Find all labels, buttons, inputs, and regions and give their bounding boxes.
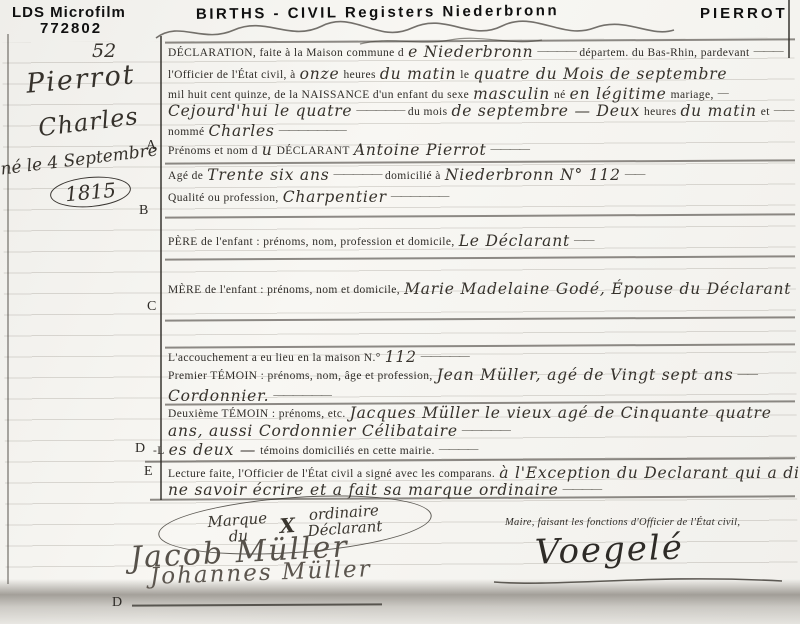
- ruled-dash: ———————: [279, 124, 346, 136]
- surname-annotation: PIERROT: [700, 5, 788, 22]
- next-section-label-d: D: [112, 595, 122, 611]
- printed-text: Qualité ou profession,: [168, 192, 279, 204]
- officer-signature: Voegelé: [534, 527, 684, 572]
- handwritten-entry: Charles: [209, 122, 275, 140]
- handwritten-entry: Cejourd'hui le quatre: [168, 102, 352, 120]
- section-label-d: D: [135, 441, 145, 457]
- handwritten-entry: Trente six ans: [207, 166, 329, 184]
- form-line-accouchement: L'accouchement a eu lieu en la maison N.…: [168, 349, 472, 365]
- officer-title-line: Maire, faisant les fonctions d'Officier …: [505, 517, 740, 528]
- handwritten-entry: onze: [300, 65, 340, 83]
- printed-text: domicilié à: [385, 170, 441, 182]
- handwritten-entry: es deux —: [169, 441, 257, 459]
- ruled-dash: ————: [491, 143, 529, 155]
- printed-text: témoins domiciliés en cette mairie.: [260, 445, 435, 457]
- printed-text: Agé de: [168, 170, 203, 182]
- printed-text: DÉCLARATION, faite à la Maison commune d: [168, 47, 404, 59]
- handwritten-entry: en légitime: [570, 85, 667, 103]
- ruled-dash: —————: [356, 104, 404, 116]
- section-label-b: B: [139, 203, 148, 219]
- ruled-dash: ——: [774, 104, 793, 116]
- printed-text: L'accouchement a eu lieu en la maison N.…: [168, 352, 381, 364]
- ruled-dash: ——————: [273, 389, 330, 401]
- form-line-mere: MÈRE de l'enfant : prénoms, nom et domic…: [168, 281, 795, 297]
- form-line-deuxieme-temoin-2: ans, aussi Cordonnier Célibataire—————: [168, 423, 513, 439]
- ruled-dash: ————: [563, 483, 601, 495]
- page-left-edge: [7, 34, 9, 584]
- printed-text: Premier TÉMOIN : prénoms, nom, âge et pr…: [168, 370, 433, 382]
- handwritten-entry: 112: [385, 348, 417, 366]
- handwritten-entry: masculin: [473, 85, 550, 103]
- handwritten-entry: Le Déclarant: [459, 232, 570, 250]
- handwritten-entry: Antoine Pierrot: [354, 141, 487, 159]
- section-label-c: C: [147, 299, 156, 315]
- handwritten-entry: de septembre — Deux: [451, 102, 640, 120]
- printed-text: heures: [644, 106, 676, 118]
- printed-text: le: [460, 69, 469, 81]
- form-line-age-domicile: Agé deTrente six ans—————domicilié àNied…: [168, 167, 648, 183]
- document-scan: LDS Microfilm 772802 BIRTHS - CIVIL Regi…: [0, 0, 800, 624]
- handwritten-entry: Charpentier: [283, 188, 387, 206]
- form-line-premier-temoin-2: Cordonnier.——————: [168, 388, 334, 404]
- form-line-declaration: DÉCLARATION, faite à la Maison commune d…: [168, 44, 786, 60]
- ruled-dash: ————: [439, 443, 477, 455]
- ruled-dash: —————: [421, 350, 469, 362]
- printed-text: PÈRE de l'enfant : prénoms, nom, profess…: [168, 236, 455, 248]
- ruled-dash: ——: [738, 368, 757, 380]
- printed-text: Prénoms et nom d: [168, 145, 258, 157]
- form-line-deuxieme-temoin: Deuxième TÉMOIN : prénoms, etc.Jacques M…: [168, 405, 776, 421]
- printed-text: mil huit cent quinze, de la NAISSANCE d'…: [168, 89, 469, 101]
- printed-text: DÉCLARANT: [277, 145, 350, 157]
- margin-record-number: 52: [92, 40, 116, 62]
- handwritten-entry: à l'Exception du Declarant qui a dit: [499, 464, 800, 482]
- section-label-e: E: [144, 464, 153, 480]
- ruled-dash: —: [718, 87, 728, 99]
- ruled-dash: ————: [537, 45, 575, 57]
- microfilm-note-line2: 772802: [40, 20, 102, 37]
- handwritten-entry: quatre du Mois de septembre: [473, 65, 727, 83]
- section-label-a: A: [146, 138, 156, 154]
- ruled-dash: ——: [625, 168, 644, 180]
- printed-text: Deuxième TÉMOIN : prénoms, etc.: [168, 408, 346, 420]
- printed-text: Lecture faite, l'Officier de l'État civi…: [168, 468, 495, 480]
- printed-text: mariage,: [671, 89, 714, 101]
- form-line-lecture-faite-2: ne savoir écrire et a fait sa marque ord…: [168, 482, 605, 498]
- form-line-naissance-sexe: mil huit cent quinze, de la NAISSANCE d'…: [168, 86, 731, 102]
- printed-text: du mois: [408, 106, 448, 118]
- handwritten-entry: Niederbronn N° 112: [445, 166, 621, 184]
- handwritten-entry: du matin: [680, 102, 756, 120]
- printed-text: né: [554, 89, 566, 101]
- printed-text: heures: [343, 69, 375, 81]
- ruled-dash: ——————: [391, 190, 448, 202]
- form-line-declarant-name: Prénoms et nom duDÉCLARANTAntoine Pierro…: [168, 142, 533, 158]
- handwritten-entry: Cordonnier.: [168, 387, 269, 405]
- printed-text: -L: [153, 445, 165, 457]
- handwritten-entry: e Niederbronn: [408, 43, 533, 61]
- form-line-premier-temoin: Premier TÉMOIN : prénoms, nom, âge et pr…: [168, 367, 761, 383]
- handwritten-entry: ans, aussi Cordonnier Célibataire: [168, 422, 458, 440]
- handwritten-entry: Jacques Müller le vieux agé de Cinquante…: [350, 404, 772, 422]
- ruled-dash: ———: [754, 45, 783, 57]
- printed-text: l'Officier de l'État civil, à: [168, 69, 296, 81]
- printed-text: nommé: [168, 126, 205, 138]
- microfilm-note-line1: LDS Microfilm: [12, 4, 126, 21]
- form-line-nomme: nomméCharles———————: [168, 123, 349, 139]
- printed-text: MÈRE de l'enfant : prénoms, nom et domic…: [168, 284, 400, 296]
- form-line-pere: PÈRE de l'enfant : prénoms, nom, profess…: [168, 233, 597, 249]
- handwritten-entry: Marie Madelaine Godé, Épouse du Déclaran…: [404, 280, 791, 298]
- printed-text: départem. du Bas-Rhin, pardevant: [579, 47, 749, 59]
- handwritten-entry: du matin: [380, 65, 456, 83]
- ruled-dash: —————: [334, 168, 382, 180]
- page-right-edge: [788, 0, 790, 58]
- ruled-dash: ——: [574, 234, 593, 246]
- handwritten-entry: u: [262, 141, 273, 159]
- form-line-temoins-domicilies: -Les deux —témoins domiciliés en cette m…: [153, 442, 481, 458]
- form-line-lecture-faite: Lecture faite, l'Officier de l'État civi…: [168, 465, 800, 481]
- form-vertical-rule: [160, 36, 162, 500]
- handwritten-entry: Jean Müller, agé de Vingt sept ans: [437, 366, 734, 384]
- form-line-cejourdhui: Cejourd'hui le quatre—————du moisde sept…: [168, 103, 797, 119]
- form-line-profession: Qualité ou profession,Charpentier——————: [168, 189, 452, 205]
- printed-text: et: [761, 106, 770, 118]
- ruled-dash: —————: [462, 424, 510, 436]
- form-line-officier-heure: l'Officier de l'État civil, àonzeheuresd…: [168, 66, 731, 82]
